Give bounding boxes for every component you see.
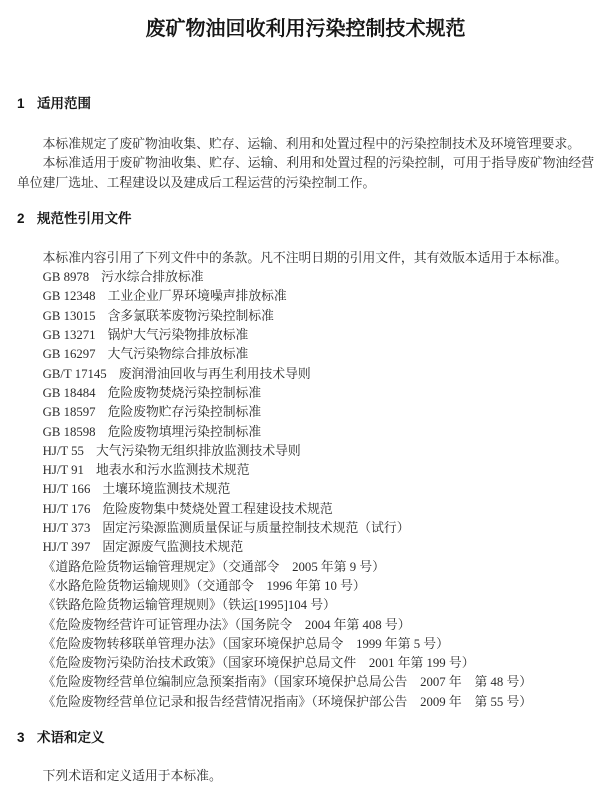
reference-item: 《道路危险货物运输管理规定》（交通部令 2005 年第 9 号） xyxy=(43,558,594,577)
reference-item: 《危险废物转移联单管理办法》（国家环境保护总局令 1999 年第 5 号） xyxy=(43,635,594,654)
reference-item: HJ/T 373固定污染源监测质量保证与质量控制技术规范（试行） xyxy=(43,519,594,538)
section-1-title: 适用范围 xyxy=(37,96,91,111)
standard-title: 固定源废气监测技术规范 xyxy=(102,540,243,554)
paragraph: 本标准规定了废矿物油收集、贮存、运输、利用和处置过程中的污染控制技术及环境管理要… xyxy=(17,135,594,154)
standard-title: 危险废物填埋污染控制标准 xyxy=(108,425,262,439)
standard-title: 危险废物焚烧污染控制标准 xyxy=(108,386,262,400)
standard-title: 污水综合排放标准 xyxy=(101,270,203,284)
standard-title: 地表水和污水监测技术规范 xyxy=(96,463,250,477)
section-2-heading: 2规范性引用文件 xyxy=(17,211,594,227)
section-3-number: 3 xyxy=(17,730,37,746)
section-1-body: 本标准规定了废矿物油收集、贮存、运输、利用和处置过程中的污染控制技术及环境管理要… xyxy=(17,135,594,193)
reference-item: 《危险废物经营单位编制应急预案指南》（国家环境保护总局公告 2007 年 第 4… xyxy=(43,673,594,692)
document-page: 废矿物油回收利用污染控制技术规范 1适用范围 本标准规定了废矿物油收集、贮存、运… xyxy=(0,0,610,792)
standard-title: 大气污染物无组织排放监测技术导则 xyxy=(96,444,301,458)
reference-item: GB 18597危险废物贮存污染控制标准 xyxy=(43,403,594,422)
standard-title: 固定污染源监测质量保证与质量控制技术规范（试行） xyxy=(102,521,409,535)
reference-item: HJ/T 166土壤环境监测技术规范 xyxy=(43,480,594,499)
reference-item: GB 13015含多氯联苯废物污染控制标准 xyxy=(43,307,594,326)
section-3-title: 术语和定义 xyxy=(37,730,105,745)
reference-item: GB 12348工业企业厂界环境噪声排放标准 xyxy=(43,287,594,306)
reference-item: HJ/T 55大气污染物无组织排放监测技术导则 xyxy=(43,442,594,461)
standard-code: HJ/T 55 xyxy=(43,444,84,458)
standard-code: GB 16297 xyxy=(43,347,96,361)
standard-code: HJ/T 373 xyxy=(43,521,91,535)
standard-code: HJ/T 166 xyxy=(43,482,91,496)
reference-item: GB 16297大气污染物综合排放标准 xyxy=(43,345,594,364)
reference-item: 《铁路危险货物运输管理规则》（铁运[1995]104 号） xyxy=(43,596,594,615)
reference-item: 《水路危险货物运输规则》（交通部令 1996 年第 10 号） xyxy=(43,577,594,596)
section-1-number: 1 xyxy=(17,96,37,112)
reference-item: GB 18598危险废物填埋污染控制标准 xyxy=(43,423,594,442)
reference-item: 《危险废物经营许可证管理办法》（国务院令 2004 年第 408 号） xyxy=(43,616,594,635)
standard-code: GB 8978 xyxy=(43,270,90,284)
reference-item: HJ/T 176危险废物集中焚烧处置工程建设技术规范 xyxy=(43,500,594,519)
standard-code: GB/T 17145 xyxy=(43,367,107,381)
section-2-title: 规范性引用文件 xyxy=(37,211,132,226)
reference-item: HJ/T 397固定源废气监测技术规范 xyxy=(43,538,594,557)
document-title: 废矿物油回收利用污染控制技术规范 xyxy=(17,17,594,42)
reference-item: GB/T 17145废润滑油回收与再生利用技术导则 xyxy=(43,365,594,384)
reference-item: 《危险废物经营单位记录和报告经营情况指南》（环境保护部公告 2009 年 第 5… xyxy=(43,693,594,712)
standard-code: GB 13015 xyxy=(43,309,96,323)
standard-title: 土壤环境监测技术规范 xyxy=(102,482,230,496)
standard-title: 废润滑油回收与再生利用技术导则 xyxy=(119,367,311,381)
section-3-body: 下列术语和定义适用于本标准。 xyxy=(17,767,594,786)
standard-title: 工业企业厂界环境噪声排放标准 xyxy=(108,289,287,303)
standard-title: 危险废物贮存污染控制标准 xyxy=(108,405,262,419)
reference-item: 《危险废物污染防治技术政策》（国家环境保护总局文件 2001 年第 199 号） xyxy=(43,654,594,673)
standard-code: GB 13271 xyxy=(43,328,96,342)
reference-item: HJ/T 91地表水和污水监测技术规范 xyxy=(43,461,594,480)
standard-title: 大气污染物综合排放标准 xyxy=(108,347,249,361)
standard-code: HJ/T 176 xyxy=(43,502,91,516)
section-1-heading: 1适用范围 xyxy=(17,96,594,112)
section-2-number: 2 xyxy=(17,211,37,227)
paragraph: 本标准适用于废矿物油收集、贮存、运输、利用和处置过程的污染控制，可用于指导废矿物… xyxy=(17,154,594,193)
standard-title: 危险废物集中焚烧处置工程建设技术规范 xyxy=(102,502,332,516)
reference-item: GB 18484危险废物焚烧污染控制标准 xyxy=(43,384,594,403)
standard-code: HJ/T 397 xyxy=(43,540,91,554)
standard-code: GB 18598 xyxy=(43,425,96,439)
standard-title: 锅炉大气污染物排放标准 xyxy=(108,328,249,342)
standard-title: 含多氯联苯废物污染控制标准 xyxy=(108,309,274,323)
references-intro: 本标准内容引用了下列文件中的条款。凡不注明日期的引用文件，其有效版本适用于本标准… xyxy=(43,249,594,268)
section-3-heading: 3术语和定义 xyxy=(17,730,594,746)
reference-item: GB 8978污水综合排放标准 xyxy=(43,268,594,287)
standard-code: GB 18597 xyxy=(43,405,96,419)
reference-item: GB 13271锅炉大气污染物排放标准 xyxy=(43,326,594,345)
paragraph: 下列术语和定义适用于本标准。 xyxy=(17,767,594,786)
standard-code: GB 12348 xyxy=(43,289,96,303)
standard-code: GB 18484 xyxy=(43,386,96,400)
references-list: 本标准内容引用了下列文件中的条款。凡不注明日期的引用文件，其有效版本适用于本标准… xyxy=(17,249,594,712)
standard-code: HJ/T 91 xyxy=(43,463,84,477)
